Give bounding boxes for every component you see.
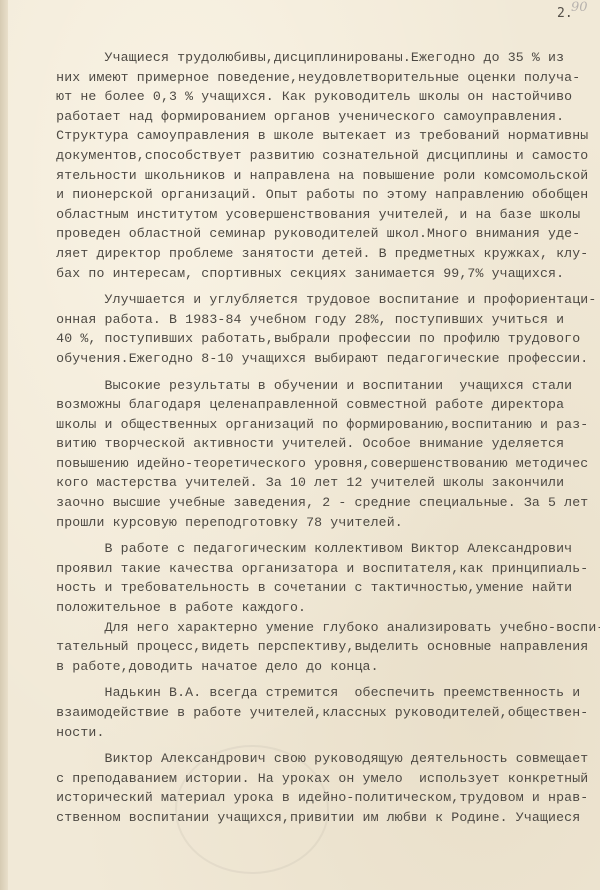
text-line: прошли курсовую переподготовку 78 учител… bbox=[40, 513, 600, 533]
text-line: бах по интересам, спортивных секциях зан… bbox=[40, 264, 600, 284]
text-line: Учащиеся трудолюбивы,дисциплинированы.Еж… bbox=[40, 48, 600, 68]
paragraph-gap bbox=[40, 676, 600, 683]
paragraph-gap bbox=[40, 532, 600, 539]
text-line: Улучшается и углубляется трудовое воспит… bbox=[40, 290, 600, 310]
text-line: тательный процесс,видеть перспективу,выд… bbox=[40, 637, 600, 657]
text-line: в работе,доводить начатое дело до конца. bbox=[40, 657, 600, 677]
text-line: Надькин В.А. всегда стремится обеспечить… bbox=[40, 683, 600, 703]
text-line: В работе с педагогическим коллективом Ви… bbox=[40, 539, 600, 559]
text-line: ют не более 0,3 % учащихся. Как руководи… bbox=[40, 87, 600, 107]
text-line: возможны благодаря целенаправленной совм… bbox=[40, 395, 600, 415]
text-line: Виктор Александрович свою руководящую де… bbox=[40, 749, 600, 769]
text-line: Для него характерно умение глубоко анали… bbox=[40, 618, 600, 638]
typewritten-page: 2. 90 Учащиеся трудолюбивы,дисциплиниров… bbox=[0, 0, 600, 890]
text-line: взаимодействие в работе учителей,классны… bbox=[40, 703, 600, 723]
text-line: с преподаванием истории. На уроках он ум… bbox=[40, 769, 600, 789]
text-line: 40 %, поступивших работать,выбрали профе… bbox=[40, 329, 600, 349]
text-line: ляет директор проблеме занятости детей. … bbox=[40, 244, 600, 264]
paragraph-gap bbox=[40, 283, 600, 290]
text-line: положительное в работе каждого. bbox=[40, 598, 600, 618]
text-line: повышению идейно-теоретического уровня,с… bbox=[40, 454, 600, 474]
handwritten-page-number: 90 bbox=[571, 0, 588, 15]
text-line: заочно высшие учебные заведения, 2 - сре… bbox=[40, 493, 600, 513]
text-line: ятельности школьников и направлена на по… bbox=[40, 166, 600, 186]
text-line: ность и требовательность в сочетании с т… bbox=[40, 578, 600, 598]
page-edge-shadow bbox=[0, 0, 8, 890]
text-line: ности. bbox=[40, 723, 600, 743]
text-line: обучения.Ежегодно 8-10 учащихся выбирают… bbox=[40, 349, 600, 369]
paragraph-gap bbox=[40, 742, 600, 749]
text-line: Высокие результаты в обучении и воспитан… bbox=[40, 376, 600, 396]
text-line: онная работа. В 1983-84 учебном году 28%… bbox=[40, 310, 600, 330]
text-line: и пионерской организаций. Опыт работы по… bbox=[40, 185, 600, 205]
paragraph-gap bbox=[40, 369, 600, 376]
text-line: работает над формированием органов учени… bbox=[40, 107, 600, 127]
text-line: документов,способствует развитию сознате… bbox=[40, 146, 600, 166]
text-line: ственном воспитании учащихся,привитии им… bbox=[40, 808, 600, 828]
text-line: Структура самоуправления в школе вытекае… bbox=[40, 126, 600, 146]
text-line: них имеют примерное поведение,неудовлетв… bbox=[40, 68, 600, 88]
document-body: Учащиеся трудолюбивы,дисциплинированы.Еж… bbox=[40, 48, 600, 828]
text-line: проведен областной семинар руководителей… bbox=[40, 224, 600, 244]
text-line: областным институтом усовершенствования … bbox=[40, 205, 600, 225]
text-line: проявил такие качества организатора и во… bbox=[40, 559, 600, 579]
text-line: исторический материал урока в идейно-пол… bbox=[40, 788, 600, 808]
text-line: витию творческой активности учителей. Ос… bbox=[40, 434, 600, 454]
text-line: школы и общественных организаций по форм… bbox=[40, 415, 600, 435]
text-line: кого мастерства учителей. За 10 лет 12 у… bbox=[40, 473, 600, 493]
